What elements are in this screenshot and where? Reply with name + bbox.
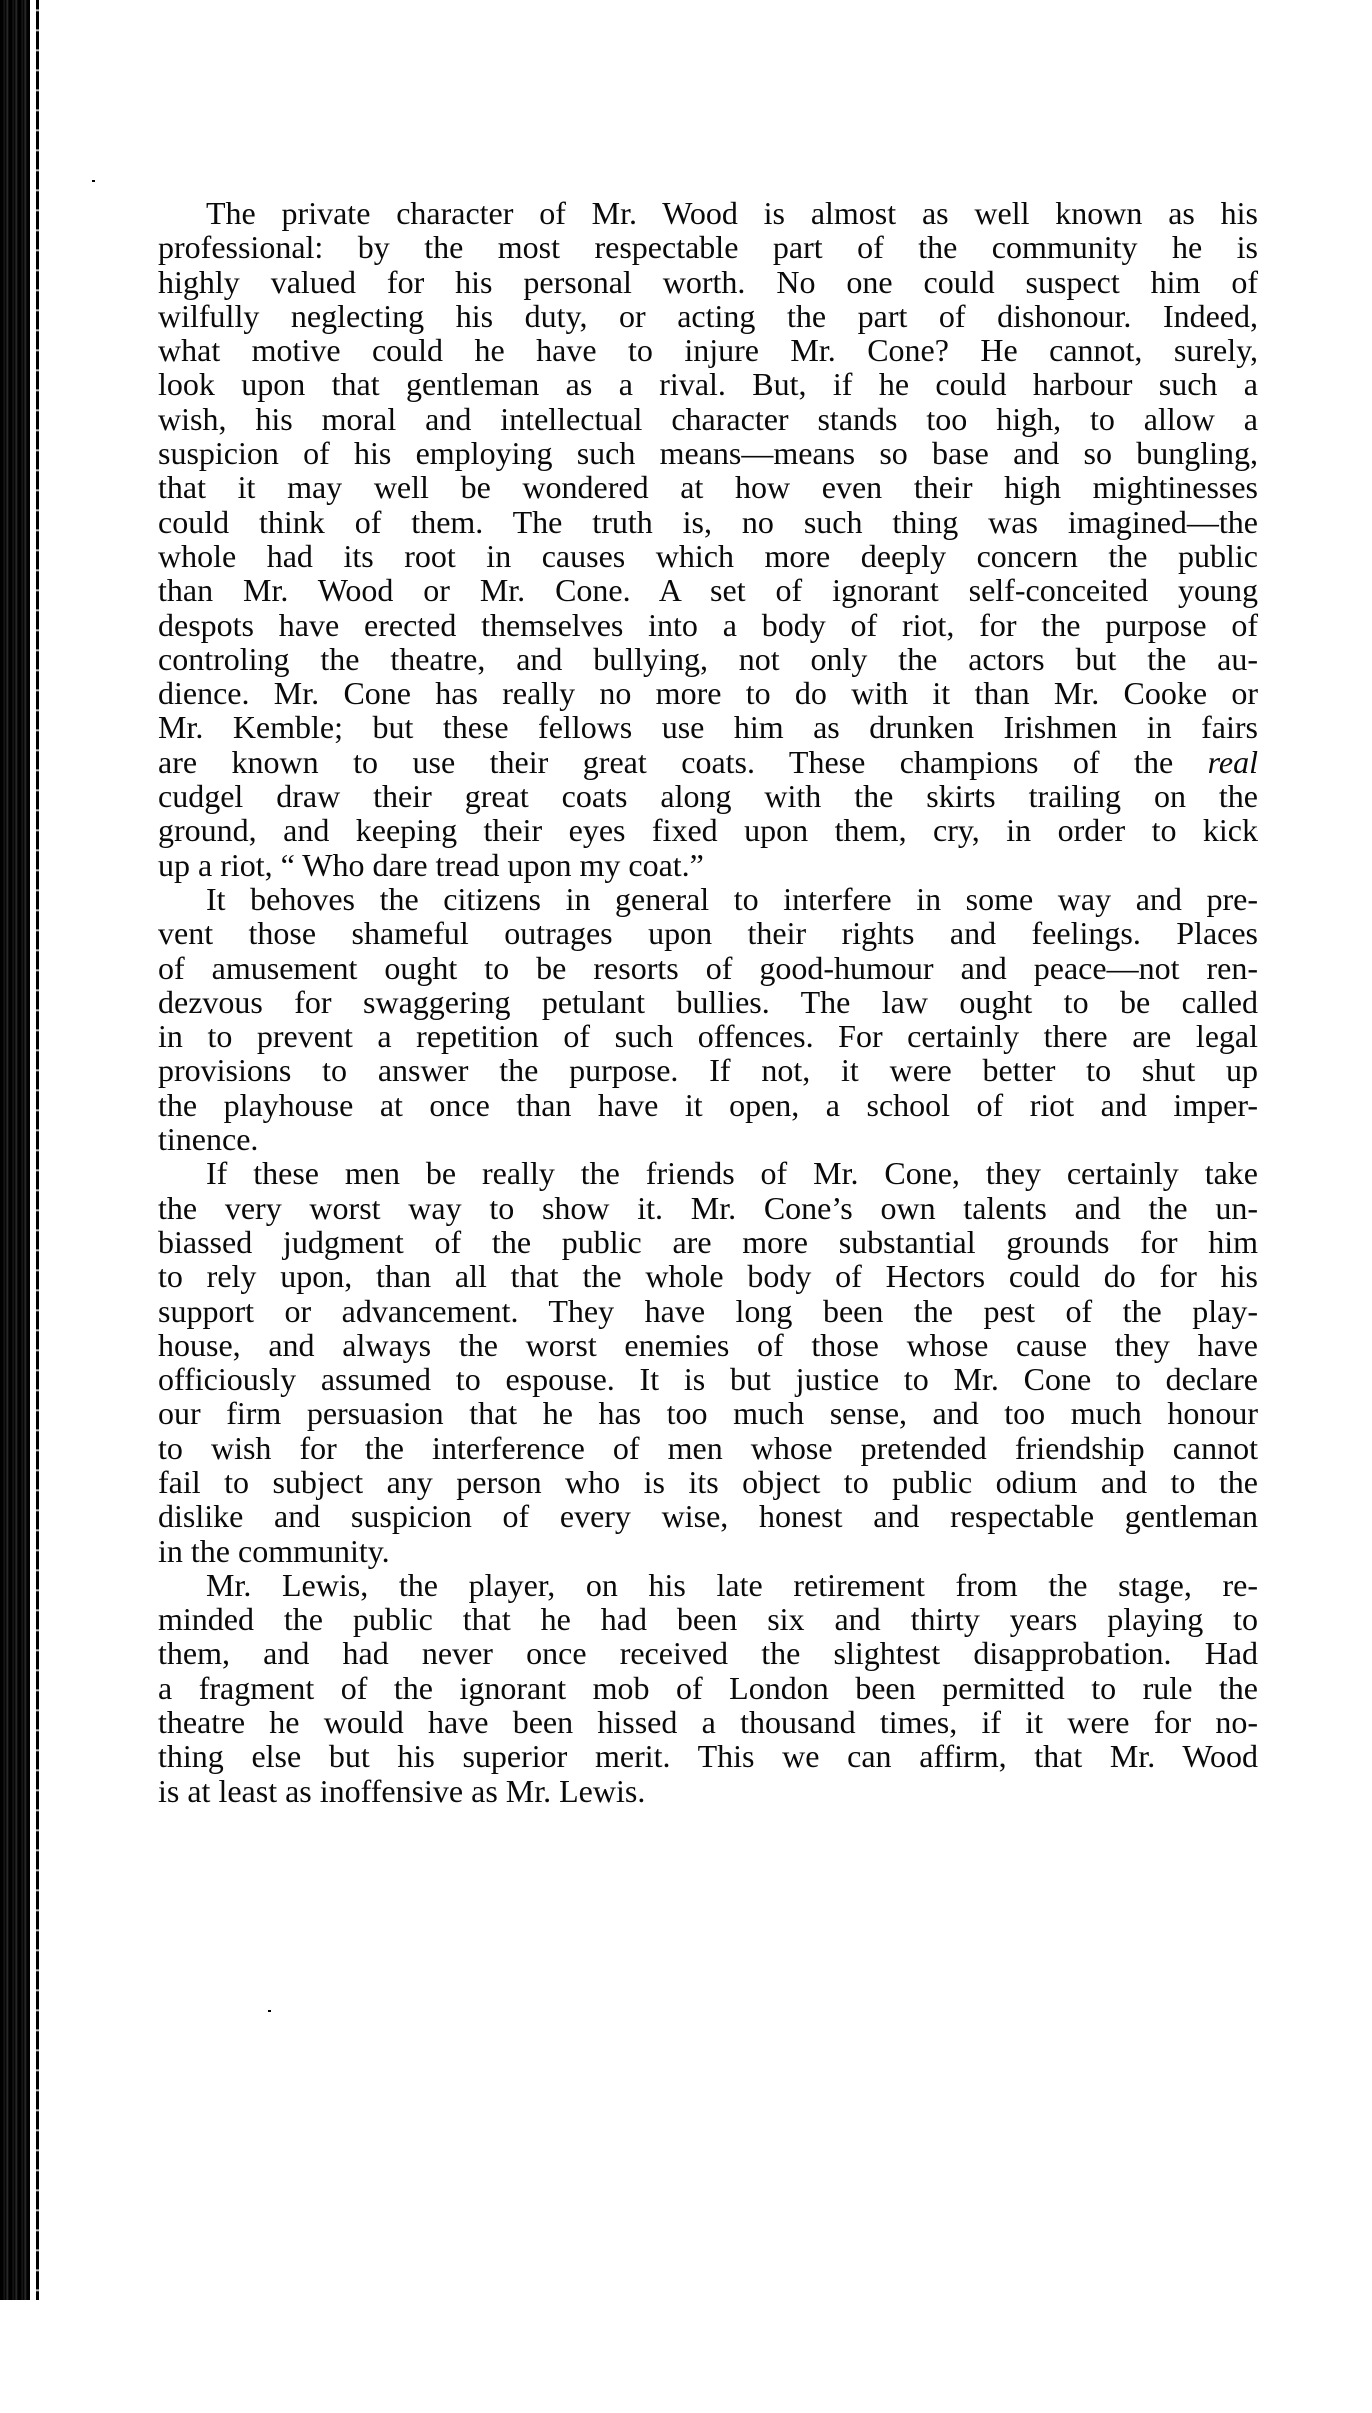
text-line: controling the theatre, and bullying, no… bbox=[158, 642, 1258, 676]
text-line: ground, and keeping their eyes fixed upo… bbox=[158, 813, 1258, 847]
text-line: is at least as inoffensive as Mr. Lewis. bbox=[158, 1774, 1258, 1808]
scan-page-edge-line bbox=[36, 0, 39, 2300]
text-line: If these men be really the friends of Mr… bbox=[158, 1156, 1258, 1190]
text-line: the very worst way to show it. Mr. Cone’… bbox=[158, 1191, 1258, 1225]
text-line: dislike and suspicion of every wise, hon… bbox=[158, 1499, 1258, 1533]
text-line: house, and always the worst enemies of t… bbox=[158, 1328, 1258, 1362]
text-line: them, and had never once received the sl… bbox=[158, 1636, 1258, 1670]
text-line: in the community. bbox=[158, 1534, 1258, 1568]
text-segment: are known to use their great coats. Thes… bbox=[158, 744, 1208, 780]
text-line: fail to subject any person who is its ob… bbox=[158, 1465, 1258, 1499]
text-line: Mr. Lewis, the player, on his late retir… bbox=[158, 1568, 1258, 1602]
text-line: the playhouse at once than have it open,… bbox=[158, 1088, 1258, 1122]
text-line: our firm persuasion that he has too much… bbox=[158, 1396, 1258, 1430]
text-line: are known to use their great coats. Thes… bbox=[158, 745, 1258, 779]
text-line: Mr. Kemble; but these fellows use him as… bbox=[158, 710, 1258, 744]
paragraph-1: The private character of Mr. Wood is alm… bbox=[158, 196, 1258, 882]
text-line: provisions to answer the purpose. If not… bbox=[158, 1053, 1258, 1087]
text-line: up a riot, “ Who dare tread upon my coat… bbox=[158, 848, 1258, 882]
text-line: It behoves the citizens in general to in… bbox=[158, 882, 1258, 916]
text-line: suspicion of his employing such means—me… bbox=[158, 436, 1258, 470]
paragraph-3: If these men be really the friends of Mr… bbox=[158, 1156, 1258, 1568]
scan-speck bbox=[268, 2010, 271, 2012]
scan-binding-edge bbox=[0, 0, 30, 2300]
text-line: what motive could he have to injure Mr. … bbox=[158, 333, 1258, 367]
text-line: thing else but his superior merit. This … bbox=[158, 1739, 1258, 1773]
text-line: dezvous for swaggering petulant bullies.… bbox=[158, 985, 1258, 1019]
text-line: cudgel draw their great coats along with… bbox=[158, 779, 1258, 813]
text-line: highly valued for his personal worth. No… bbox=[158, 265, 1258, 299]
text-line: of amusement ought to be resorts of good… bbox=[158, 951, 1258, 985]
text-line: professional: by the most respectable pa… bbox=[158, 230, 1258, 264]
text-line: in to prevent a repetition of such offen… bbox=[158, 1019, 1258, 1053]
scan-speck bbox=[92, 180, 95, 182]
text-line: support or advancement. They have long b… bbox=[158, 1294, 1258, 1328]
text-line: wilfully neglecting his duty, or acting … bbox=[158, 299, 1258, 333]
text-line: biassed judgment of the public are more … bbox=[158, 1225, 1258, 1259]
text-line: minded the public that he had been six a… bbox=[158, 1602, 1258, 1636]
paragraph-2: It behoves the citizens in general to in… bbox=[158, 882, 1258, 1156]
text-line: vent those shameful outrages upon their … bbox=[158, 916, 1258, 950]
italic-word: real bbox=[1208, 744, 1258, 780]
paragraph-4: Mr. Lewis, the player, on his late retir… bbox=[158, 1568, 1258, 1808]
text-line: to rely upon, than all that the whole bo… bbox=[158, 1259, 1258, 1293]
text-line: to wish for the interference of men whos… bbox=[158, 1431, 1258, 1465]
text-line: wish, his moral and intellectual charact… bbox=[158, 402, 1258, 436]
text-line: a fragment of the ignorant mob of London… bbox=[158, 1671, 1258, 1705]
text-line: that it may well be wondered at how even… bbox=[158, 470, 1258, 504]
text-line: officiously assumed to espouse. It is bu… bbox=[158, 1362, 1258, 1396]
text-line: despots have erected themselves into a b… bbox=[158, 608, 1258, 642]
text-line: The private character of Mr. Wood is alm… bbox=[158, 196, 1258, 230]
text-line: look upon that gentleman as a rival. But… bbox=[158, 367, 1258, 401]
text-line: dience. Mr. Cone has really no more to d… bbox=[158, 676, 1258, 710]
text-line: could think of them. The truth is, no su… bbox=[158, 505, 1258, 539]
document-body: The private character of Mr. Wood is alm… bbox=[158, 196, 1258, 1808]
text-line: tinence. bbox=[158, 1122, 1258, 1156]
text-line: whole had its root in causes which more … bbox=[158, 539, 1258, 573]
text-line: theatre he would have been hissed a thou… bbox=[158, 1705, 1258, 1739]
text-line: than Mr. Wood or Mr. Cone. A set of igno… bbox=[158, 573, 1258, 607]
